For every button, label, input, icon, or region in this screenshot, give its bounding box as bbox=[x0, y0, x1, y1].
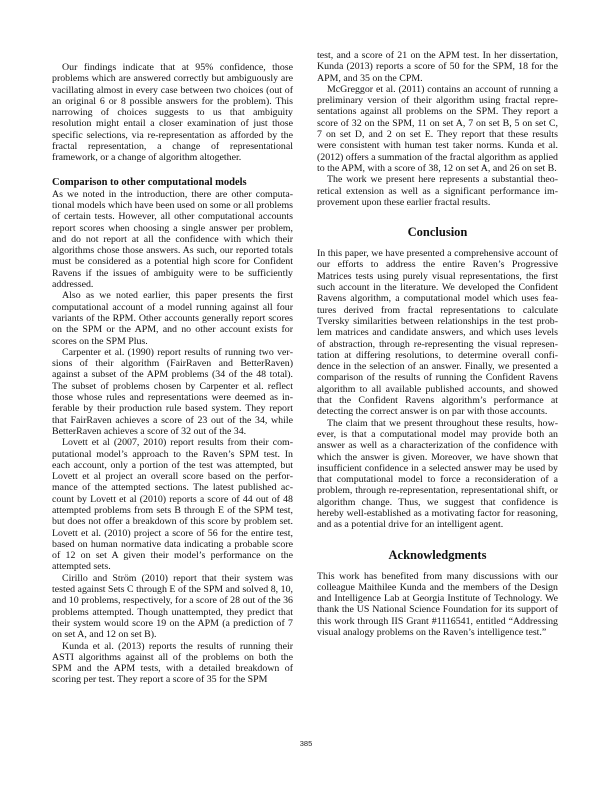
left-column: Our findings indicate that at 95% confid… bbox=[52, 62, 293, 686]
mcgreggor-paragraph: McGreggor et al. (2011) contains an acco… bbox=[317, 84, 558, 174]
right-column: test, and a score of 21 on the APM test.… bbox=[317, 50, 558, 638]
kunda-continuation-paragraph: test, and a score of 21 on the APM test.… bbox=[317, 50, 558, 84]
conclusion-paragraph-2: The claim that we present throughout the… bbox=[317, 418, 558, 531]
comparison-intro-paragraph: As we noted in the introduction, there a… bbox=[52, 189, 293, 291]
comparison-heading: Comparison to other computational models bbox=[52, 177, 293, 189]
kunda-asti-paragraph: Kunda et al. (2013) reports the results … bbox=[52, 641, 293, 686]
acknowledgments-heading: Acknowledgments bbox=[317, 548, 558, 562]
conclusion-heading: Conclusion bbox=[317, 225, 558, 239]
four-variants-paragraph: Also as we noted earlier, this paper pre… bbox=[52, 290, 293, 346]
page-number: 385 bbox=[0, 739, 612, 748]
acknowledgments-paragraph: This work has benefited from many discus… bbox=[317, 571, 558, 639]
findings-paragraph: Our findings indicate that at 95% confid… bbox=[52, 62, 293, 164]
carpenter-paragraph: Carpenter et al. (1990) report results o… bbox=[52, 347, 293, 437]
lovett-paragraph: Lovett et al (2007, 2010) report results… bbox=[52, 437, 293, 573]
cirillo-strom-paragraph: Cirillo and Ström (2010) report that the… bbox=[52, 573, 293, 641]
present-work-paragraph: The work we present here represents a su… bbox=[317, 174, 558, 208]
conclusion-paragraph-1: In this paper, we have presented a compr… bbox=[317, 248, 558, 417]
